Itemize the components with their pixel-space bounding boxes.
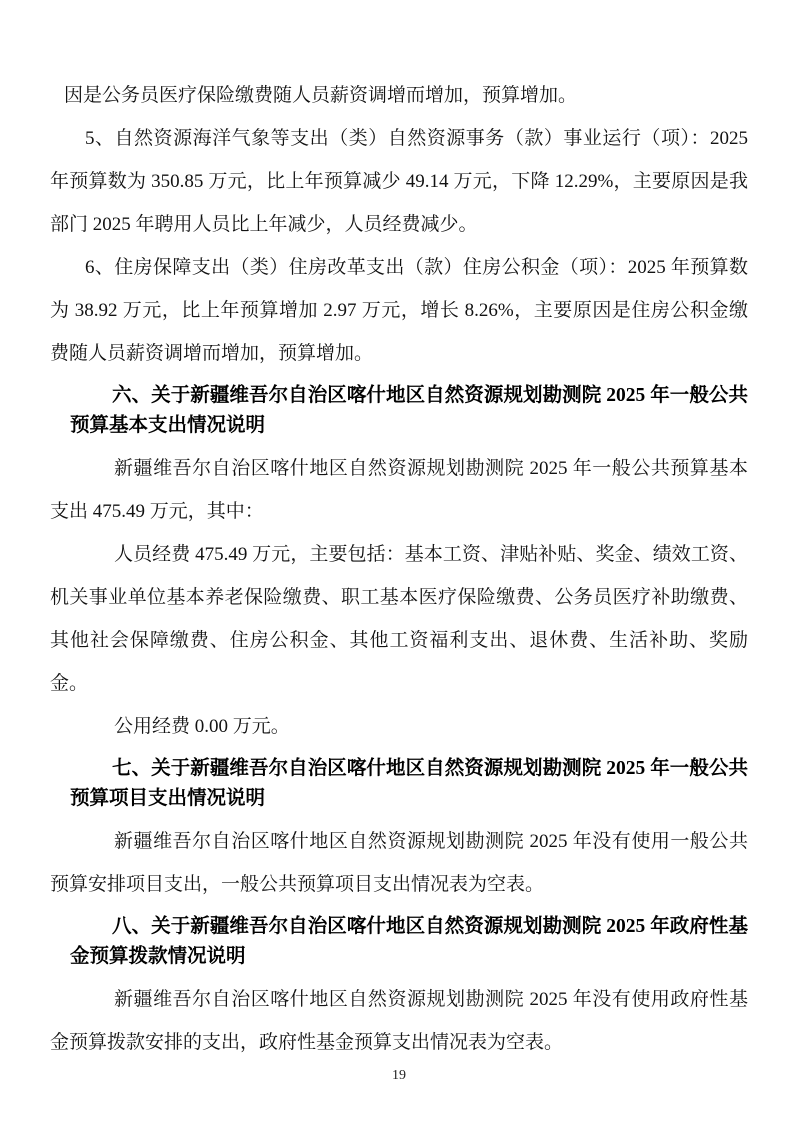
numbered-paragraph-5: 5、自然资源海洋气象等支出（类）自然资源事务（款）事业运行（项）：2025 年预… xyxy=(50,117,748,246)
paragraph-continuation: 因是公务员医疗保险缴费随人员薪资调增而增加，预算增加。 xyxy=(50,74,748,117)
paragraph-public-expenses: 公用经费 0.00 万元。 xyxy=(50,705,748,748)
paragraph-basic-expenditure-total: 新疆维吾尔自治区喀什地区自然资源规划勘测院 2025 年一般公共预算基本支出 4… xyxy=(50,447,748,533)
page-number: 19 xyxy=(50,1068,748,1084)
document-page: 因是公务员医疗保险缴费随人员薪资调增而增加，预算增加。 5、自然资源海洋气象等支… xyxy=(0,0,793,1122)
paragraph-personnel-expenses: 人员经费 475.49 万元，主要包括：基本工资、津贴补贴、奖金、绩效工资、机关… xyxy=(50,533,748,705)
section-heading-8: 八、关于新疆维吾尔自治区喀什地区自然资源规划勘测院 2025 年政府性基金预算拨… xyxy=(50,912,748,972)
section-heading-6: 六、关于新疆维吾尔自治区喀什地区自然资源规划勘测院 2025 年一般公共预算基本… xyxy=(50,381,748,441)
section-heading-7: 七、关于新疆维吾尔自治区喀什地区自然资源规划勘测院 2025 年一般公共预算项目… xyxy=(50,754,748,814)
paragraph-project-expenditure-note: 新疆维吾尔自治区喀什地区自然资源规划勘测院 2025 年没有使用一般公共预算安排… xyxy=(50,820,748,906)
numbered-paragraph-6: 6、住房保障支出（类）住房改革支出（款）住房公积金（项）：2025 年预算数为 … xyxy=(50,246,748,375)
paragraph-government-fund-note: 新疆维吾尔自治区喀什地区自然资源规划勘测院 2025 年没有使用政府性基金预算拨… xyxy=(50,978,748,1064)
